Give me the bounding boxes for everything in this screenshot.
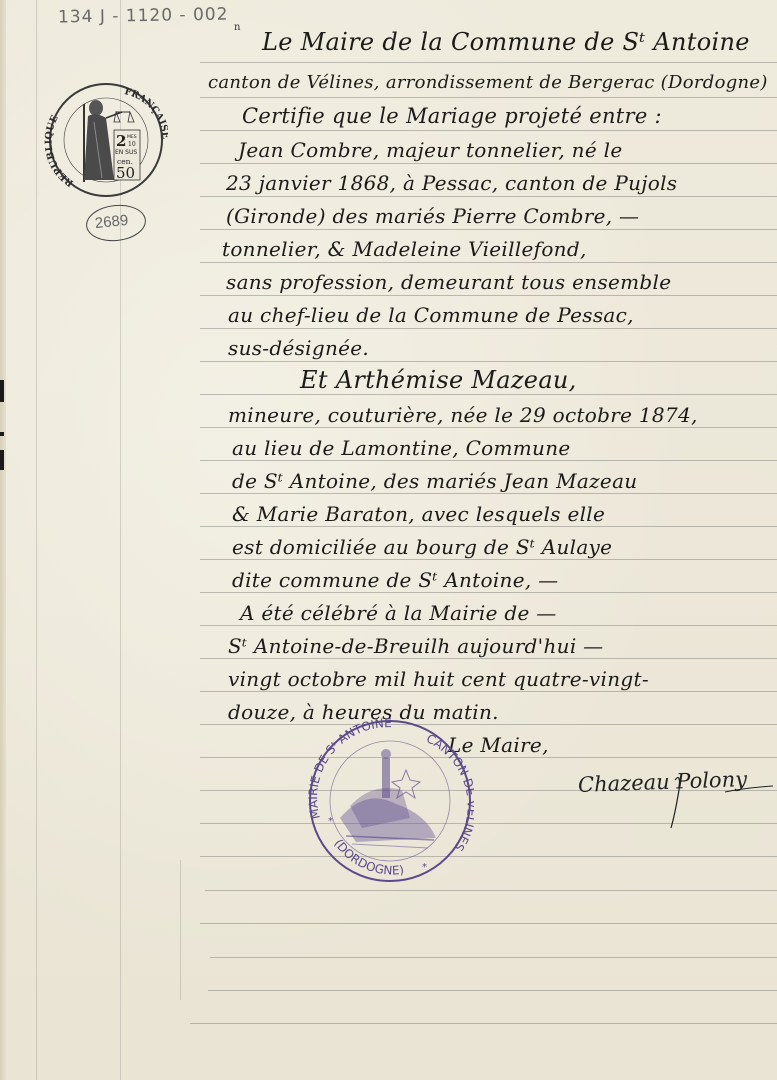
body-line: sus-désignée.: [228, 336, 369, 360]
ruled-line: [200, 361, 777, 362]
body-line: Le Maire de la Commune de Sᵗ Antoine: [262, 28, 750, 56]
margin-rule: [180, 860, 181, 1000]
ruled-line: [200, 691, 777, 692]
ruled-line: [205, 890, 777, 891]
ruled-line: [208, 990, 777, 991]
fiscal-stamp-left-text: REPUBLIQUE: [44, 114, 76, 189]
page-binding-edge: [0, 0, 6, 1080]
fiscal-stamp-value-sup: MES: [127, 134, 137, 140]
margin-rule: [36, 0, 37, 1080]
ruled-line: [190, 1023, 777, 1024]
body-line: A été célébré à la Mairie de —: [240, 601, 557, 625]
archive-superscript: n: [234, 22, 240, 33]
mairie-seal-icon: MAIRIE DE Sᵗ ANTOINE CANTON DE VELINES (…: [306, 718, 474, 884]
archive-reference: 134 J - 1120 - 002: [58, 5, 229, 28]
ruled-line: [200, 493, 777, 494]
ruled-line: [200, 658, 777, 659]
signature-flourish-icon: [575, 770, 775, 830]
fiscal-stamp-value-top: 2: [116, 132, 126, 150]
margin-mark: [0, 380, 4, 402]
body-line: mineure, couturière, née le 29 octobre 1…: [228, 403, 698, 427]
svg-text:*: *: [328, 816, 333, 827]
margin-mark: [0, 432, 4, 436]
body-line: sans profession, demeurant tous ensemble: [226, 270, 671, 294]
ruled-line: [200, 923, 777, 924]
body-line: dite commune de Sᵗ Antoine, —: [232, 568, 558, 592]
body-line: Sᵗ Antoine-de-Breuilh aujourd'hui —: [228, 634, 603, 658]
ruled-line: [200, 328, 777, 329]
body-line: canton de Vélines, arrondissement de Ber…: [208, 72, 768, 93]
ruled-line: [200, 724, 777, 725]
body-line: est domiciliée au bourg de Sᵗ Aulaye: [232, 535, 612, 559]
ruled-line: [200, 592, 777, 593]
body-line: au lieu de Lamontine, Commune: [232, 436, 571, 460]
ruled-line: [200, 196, 777, 197]
svg-text:*: *: [422, 862, 427, 873]
fiscal-stamp-value-mid: EN SUS: [115, 149, 137, 156]
ruled-line: [200, 130, 777, 131]
ruled-line: [210, 957, 777, 958]
fiscal-stamp-value-bottom: 50: [116, 164, 135, 182]
svg-text:REPUBLIQUE: REPUBLIQUE: [44, 114, 76, 189]
body-line: (Gironde) des mariés Pierre Combre, —: [226, 204, 639, 228]
body-line: de Sᵗ Antoine, des mariés Jean Mazeau: [232, 469, 637, 493]
ruled-line: [200, 394, 777, 395]
body-line: tonnelier, & Madeleine Vieillefond,: [222, 237, 587, 261]
body-line: Certifie que le Mariage projeté entre :: [242, 104, 662, 128]
ruled-line: [200, 427, 777, 428]
ruled-line: [200, 262, 777, 263]
ruled-line: [200, 460, 777, 461]
body-line: 23 janvier 1868, à Pessac, canton de Puj…: [226, 171, 677, 195]
body-line: vingt octobre mil huit cent quatre-vingt…: [228, 667, 649, 691]
ruled-line: [200, 229, 777, 230]
ruled-line: [200, 163, 777, 164]
body-line: & Marie Baraton, avec lesquels elle: [232, 502, 605, 526]
ruled-line: [200, 526, 777, 527]
ruled-line: [200, 62, 777, 63]
document-page: 134 J - 1120 - 002 n REPUBLIQUE FRANÇAIS…: [0, 0, 777, 1080]
ruled-line: [200, 295, 777, 296]
margin-mark: [0, 450, 4, 470]
ruled-line: [200, 559, 777, 560]
fiscal-stamp-icon: REPUBLIQUE FRANÇAISE 2 MES 10 EN SUS cen…: [44, 82, 168, 200]
ruled-line: [200, 625, 777, 626]
fiscal-stamp-value-frac: 10: [128, 141, 136, 148]
body-line: Et Arthémise Mazeau,: [300, 366, 577, 394]
ruled-line: [200, 97, 777, 98]
body-line: Jean Combre, majeur tonnelier, né le: [238, 138, 622, 162]
body-line: au chef-lieu de la Commune de Pessac,: [228, 303, 634, 327]
registration-number: 2689: [94, 212, 129, 232]
registration-number-oval: 2689: [84, 202, 147, 244]
ruled-line: [200, 856, 777, 857]
ruled-line: [200, 757, 777, 758]
